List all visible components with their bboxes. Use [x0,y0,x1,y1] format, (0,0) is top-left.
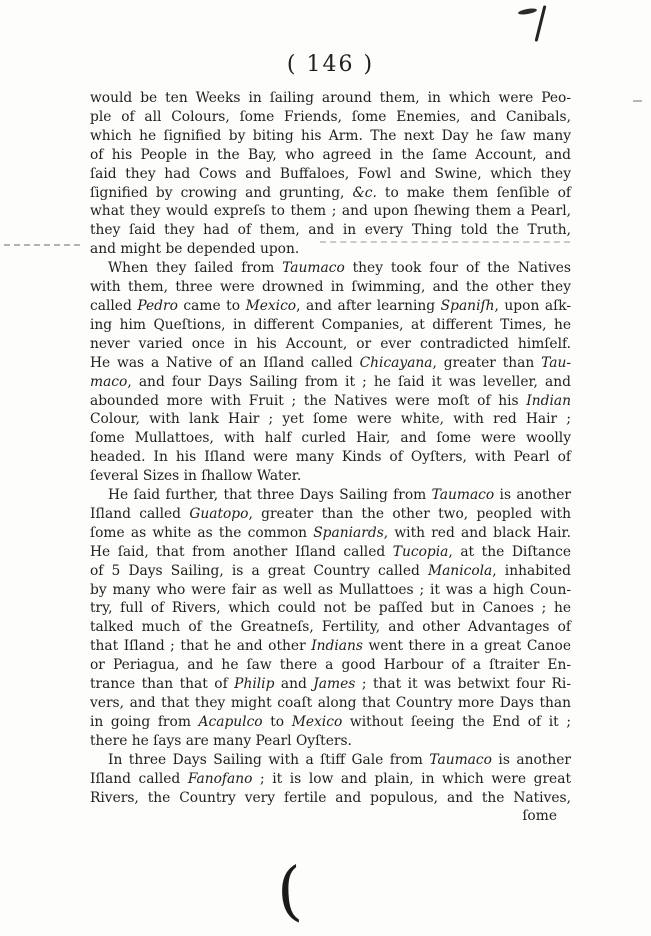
text-segment: In three Days Sailing with a ſtiff Gale … [108,752,429,768]
text-line: Iſland called Fanofano ; it is low and p… [90,770,571,789]
italic-text-segment: Mexico [246,298,297,314]
text-segment: Iſland called [90,771,188,787]
text-segment: there he ſays are many Pearl Oyſters. [90,733,352,749]
text-segment: went there in a great Canoe [363,638,571,654]
text-segment: He was a Native of an Iſland called [90,355,360,371]
italic-text-segment: Fanofano [188,771,253,787]
italic-text-segment: Spaniards [313,525,384,541]
italic-text-segment: &c. [352,185,376,201]
text-segment: and [274,676,313,692]
text-segment: that Iſland ; that he and other [90,638,311,654]
text-line: trance than that of Philip and James ; t… [90,675,571,694]
text-line: of 5 Days Sailing, is a great Country ca… [90,562,571,581]
paragraph: He ſaid further, that three Days Sailing… [90,486,571,751]
text-line: talked much of the Greatneſs, Fertility,… [90,618,571,637]
text-line: try, full of Rivers, which could not be … [90,599,571,618]
text-line: what they would expreſs to them ; and up… [90,202,571,221]
text-line: abounded more with Fruit ; the Natives w… [90,392,571,411]
italic-text-segment: James [313,676,355,692]
italic-text-segment: Guatopo [189,506,248,522]
text-line: in going from Acapulco to Mexico without… [90,713,571,732]
text-line: ſome Mullattoes, with half curled Hair, … [90,429,571,448]
text-line: they ſaid they had of them, and in every… [90,221,571,240]
text-line: vers, and that they might coaſt along th… [90,694,571,713]
text-segment: without ſeeing the End of it ; [342,714,571,730]
text-segment: trance than that of [90,676,234,692]
text-segment: ſome Mullattoes, with half curled Hair, … [90,430,571,446]
italic-text-segment: Chicayana [360,355,433,371]
text-line: which he ſignified by biting his Arm. Th… [90,127,571,146]
text-segment: came to [178,298,246,314]
italic-text-segment: Acapulco [199,714,263,730]
scan-artifact-dashes-left [4,244,80,246]
italic-text-segment: Taumaco [282,260,345,276]
text-segment: He ſaid, that from another Iſland called [90,544,393,560]
text-line: He ſaid, that from another Iſland called… [90,543,571,562]
text-line: ſeveral Sizes in ſhallow Water. [90,467,571,486]
text-segment: ſaid they had Cows and Buffaloes, Fowl a… [90,166,571,182]
paragraph: would be ten Weeks in ſailing around the… [90,89,571,259]
text-segment: , inhabited [492,563,571,579]
text-segment: Iſland called [90,506,189,522]
text-line: ple of all Colours, ſome Friends, ſome E… [90,108,571,127]
text-segment: try, full of Rivers, which could not be … [90,600,571,616]
text-line: with them, three were drowned in ſwimmin… [90,278,571,297]
text-segment: headed. In his Iſland were many Kinds of… [90,449,571,465]
text-segment: and might be depended upon. [90,241,299,257]
text-line: Iſland called Guatopo, greater than the … [90,505,571,524]
text-line: He ſaid further, that three Days Sailing… [90,486,571,505]
text-segment: ſeveral Sizes in ſhallow Water. [90,468,301,484]
text-segment: ; that it was betwixt four Ri- [355,676,571,692]
text-segment: is another [492,752,571,768]
stray-paren-mark: ( [275,859,303,924]
text-line: or Periagua, and he ſaw there a good Har… [90,656,571,675]
italic-text-segment: Manicola [428,563,492,579]
paragraph: When they ſailed from Taumaco they took … [90,259,571,486]
text-segment: ſome as white as the common [90,525,313,541]
text-line: there he ſays are many Pearl Oyſters. [90,732,571,751]
text-segment: vers, and that they might coaſt along th… [90,695,571,711]
text-line: of his People in the Bay, who agreed in … [90,146,571,165]
text-segment: ple of all Colours, ſome Friends, ſome E… [90,109,571,125]
text-segment: they took four of the Natives [345,260,571,276]
text-segment: called [90,298,137,314]
text-segment: He ſaid further, that three Days Sailing… [108,487,432,503]
text-segment: to make them ſenſible of [377,185,571,201]
text-line: Colour, with lank Hair ; yet ſome were w… [90,410,571,429]
italic-text-segment: Taumaco [429,752,492,768]
text-segment: ing him Queſtions, in different Companie… [90,317,571,333]
text-line: never varied once in his Account, or eve… [90,335,571,354]
italic-text-segment: Spaniſh [441,298,495,314]
text-segment: of his People in the Bay, who agreed in … [90,147,571,163]
page-number-header: ( 146 ) [90,52,571,77]
text-line: When they ſailed from Taumaco they took … [90,259,571,278]
text-segment: by many who were fair as well as Mullatt… [90,582,571,598]
text-line: would be ten Weeks in ſailing around the… [90,89,571,108]
text-segment: , and four Days Sailing from it ; he ſai… [127,374,571,390]
text-line: and might be depended upon. [90,240,571,259]
scan-artifact-speck [633,100,642,102]
text-line: that Iſland ; that he and other Indians … [90,637,571,656]
scan-artifact-dashes-right [320,241,570,243]
text-line: ſaid they had Cows and Buffaloes, Fowl a… [90,165,571,184]
text-segment: to [263,714,292,730]
text-line: by many who were fair as well as Mullatt… [90,581,571,600]
text-segment: Colour, with lank Hair ; yet ſome were w… [90,411,571,427]
text-segment: talked much of the Greatneſs, Fertility,… [90,619,571,635]
italic-text-segment: Indian [526,393,571,409]
text-line: called Pedro came to Mexico, and after l… [90,297,571,316]
text-line: ing him Queſtions, in different Companie… [90,316,571,335]
italic-text-segment: Taumaco [432,487,495,503]
text-segment: they ſaid they had of them, and in every… [90,222,571,238]
text-segment: , at the Diſtance [448,544,571,560]
text-segment: of 5 Days Sailing, is a great Country ca… [90,563,428,579]
catchword: ſome [90,807,571,826]
text-segment: Rivers, the Country very fertile and pop… [90,790,571,806]
text-segment: , greater than [433,355,542,371]
italic-text-segment: Tucopia [393,544,449,560]
text-line: In three Days Sailing with a ſtiff Gale … [90,751,571,770]
text-segment: ſignified by crowing and grunting, [90,185,352,201]
text-segment: never varied once in his Account, or eve… [90,336,571,352]
text-segment: abounded more with Fruit ; the Natives w… [90,393,526,409]
paragraph: In three Days Sailing with a ſtiff Gale … [90,751,571,808]
text-segment: with them, three were drowned in ſwimmin… [90,279,571,295]
text-segment: , with red and black Hair. [384,525,571,541]
italic-text-segment: Pedro [137,298,178,314]
italic-text-segment: Mexico [292,714,343,730]
text-segment: When they ſailed from [108,260,282,276]
text-segment: in going from [90,714,199,730]
text-line: ſignified by crowing and grunting, &c. t… [90,184,571,203]
text-segment: what they would expreſs to them ; and up… [90,203,571,219]
text-segment: would be ten Weeks in ſailing around the… [90,90,571,106]
text-line: Rivers, the Country very fertile and pop… [90,789,571,808]
ink-smudge-mark [518,7,538,15]
text-segment: , upon aſk- [494,298,571,314]
italic-text-segment: maco [90,374,127,390]
italic-text-segment: Philip [234,676,274,692]
italic-text-segment: Indians [311,638,363,654]
text-line: headed. In his Iſland were many Kinds of… [90,448,571,467]
body-text: would be ten Weeks in ſailing around the… [90,89,571,826]
text-line: ſome as white as the common Spaniards, w… [90,524,571,543]
italic-text-segment: Tau- [541,355,571,371]
text-segment: is another [494,487,571,503]
text-segment: , greater than the other two, peopled wi… [248,506,571,522]
text-segment: ; it is low and plain, in which were gre… [252,771,571,787]
text-segment: which he ſignified by biting his Arm. Th… [90,128,571,144]
text-line: He was a Native of an Iſland called Chic… [90,354,571,373]
text-segment: , and after learning [296,298,441,314]
text-segment: or Periagua, and he ſaw there a good Har… [90,657,571,673]
text-line: maco, and four Days Sailing from it ; he… [90,373,571,392]
